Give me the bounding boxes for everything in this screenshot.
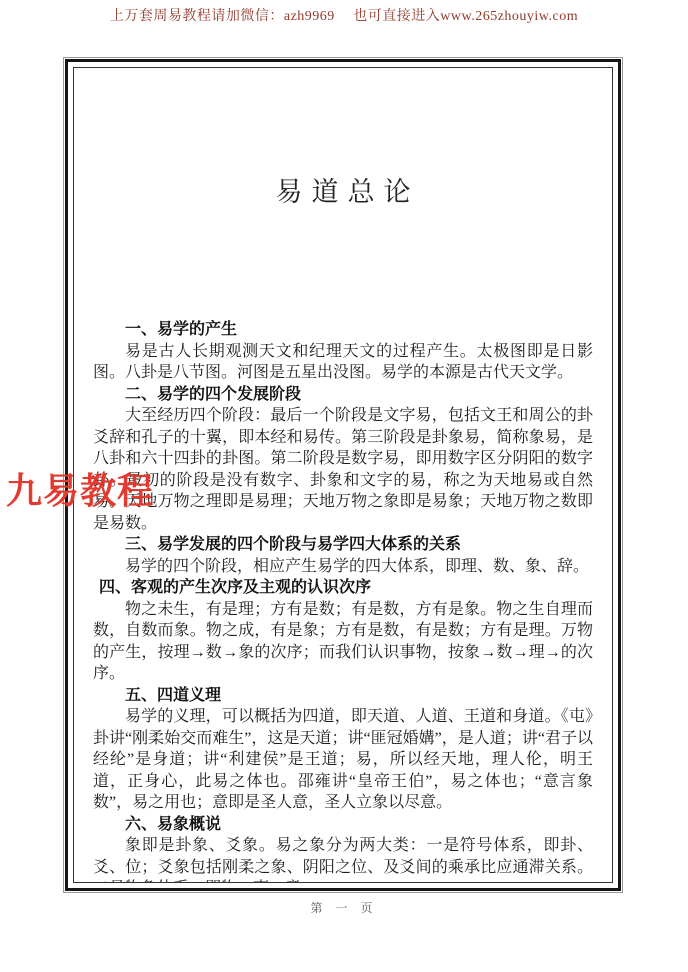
watermark-text: 九易教程	[6, 463, 154, 514]
section: 二、易学的四个发展阶段 大至经历四个阶段：最后一个阶段是文字易，包括文王和周公的…	[93, 384, 593, 535]
section-heading: 六、易象概说	[93, 814, 593, 836]
section-heading: 三、易学发展的四个阶段与易学四大体系的关系	[93, 534, 593, 556]
page-title: 易道总论	[93, 170, 593, 209]
header-promo-text: 上万套周易教程请加微信：azh9969 也可直接进入www.265zhouyiw…	[0, 5, 688, 25]
section-body: 物之未生，有是理；方有是数；有是数，方有是象。物之生自理而数，自数而象。物之成，…	[93, 599, 593, 685]
section-heading: 一、易学的产生	[93, 319, 593, 341]
section-body: 象即是卦象、爻象。易之象分为两大类：一是符号体系，即卦、爻、位；爻象包括刚柔之象…	[93, 835, 593, 883]
section-body: 易学的义理，可以概括为四道，即天道、人道、王道和身道。《屯》卦讲“刚柔始交而难生…	[93, 706, 593, 814]
section-body: 大至经历四个阶段：最后一个阶段是文字易，包括文王和周公的卦爻辞和孔子的十翼，即本…	[93, 405, 593, 534]
section: 五、四道义理 易学的义理，可以概括为四道，即天道、人道、王道和身道。《屯》卦讲“…	[93, 685, 593, 814]
section-heading: 四、客观的产生次序及主观的认识次序	[93, 577, 593, 599]
section-body: 易是古人长期观测天文和纪理天文的过程产生。太极图即是日影图。八卦是八节图。河图是…	[93, 341, 593, 384]
page-content: 一、易学的产生 易是古人长期观测天文和纪理天文的过程产生。太极图即是日影图。八卦…	[93, 319, 593, 883]
section-heading: 五、四道义理	[93, 685, 593, 707]
page-number: 第 一 页	[0, 899, 688, 916]
section: 六、易象概说 象即是卦象、爻象。易之象分为两大类：一是符号体系，即卦、爻、位；爻…	[93, 814, 593, 884]
section: 三、易学发展的四个阶段与易学四大体系的关系 易学的四个阶段，相应产生易学的四大体…	[93, 534, 593, 577]
section: 四、客观的产生次序及主观的认识次序 物之未生，有是理；方有是数；有是数，方有是象…	[93, 577, 593, 685]
section: 一、易学的产生 易是古人长期观测天文和纪理天文的过程产生。太极图即是日影图。八卦…	[93, 319, 593, 384]
document-page-view: 上万套周易教程请加微信：azh9969 也可直接进入www.265zhouyiw…	[0, 0, 688, 972]
section-heading: 二、易学的四个发展阶段	[93, 384, 593, 406]
section-body: 易学的四个阶段，相应产生易学的四大体系，即理、数、象、辞。	[93, 556, 593, 578]
